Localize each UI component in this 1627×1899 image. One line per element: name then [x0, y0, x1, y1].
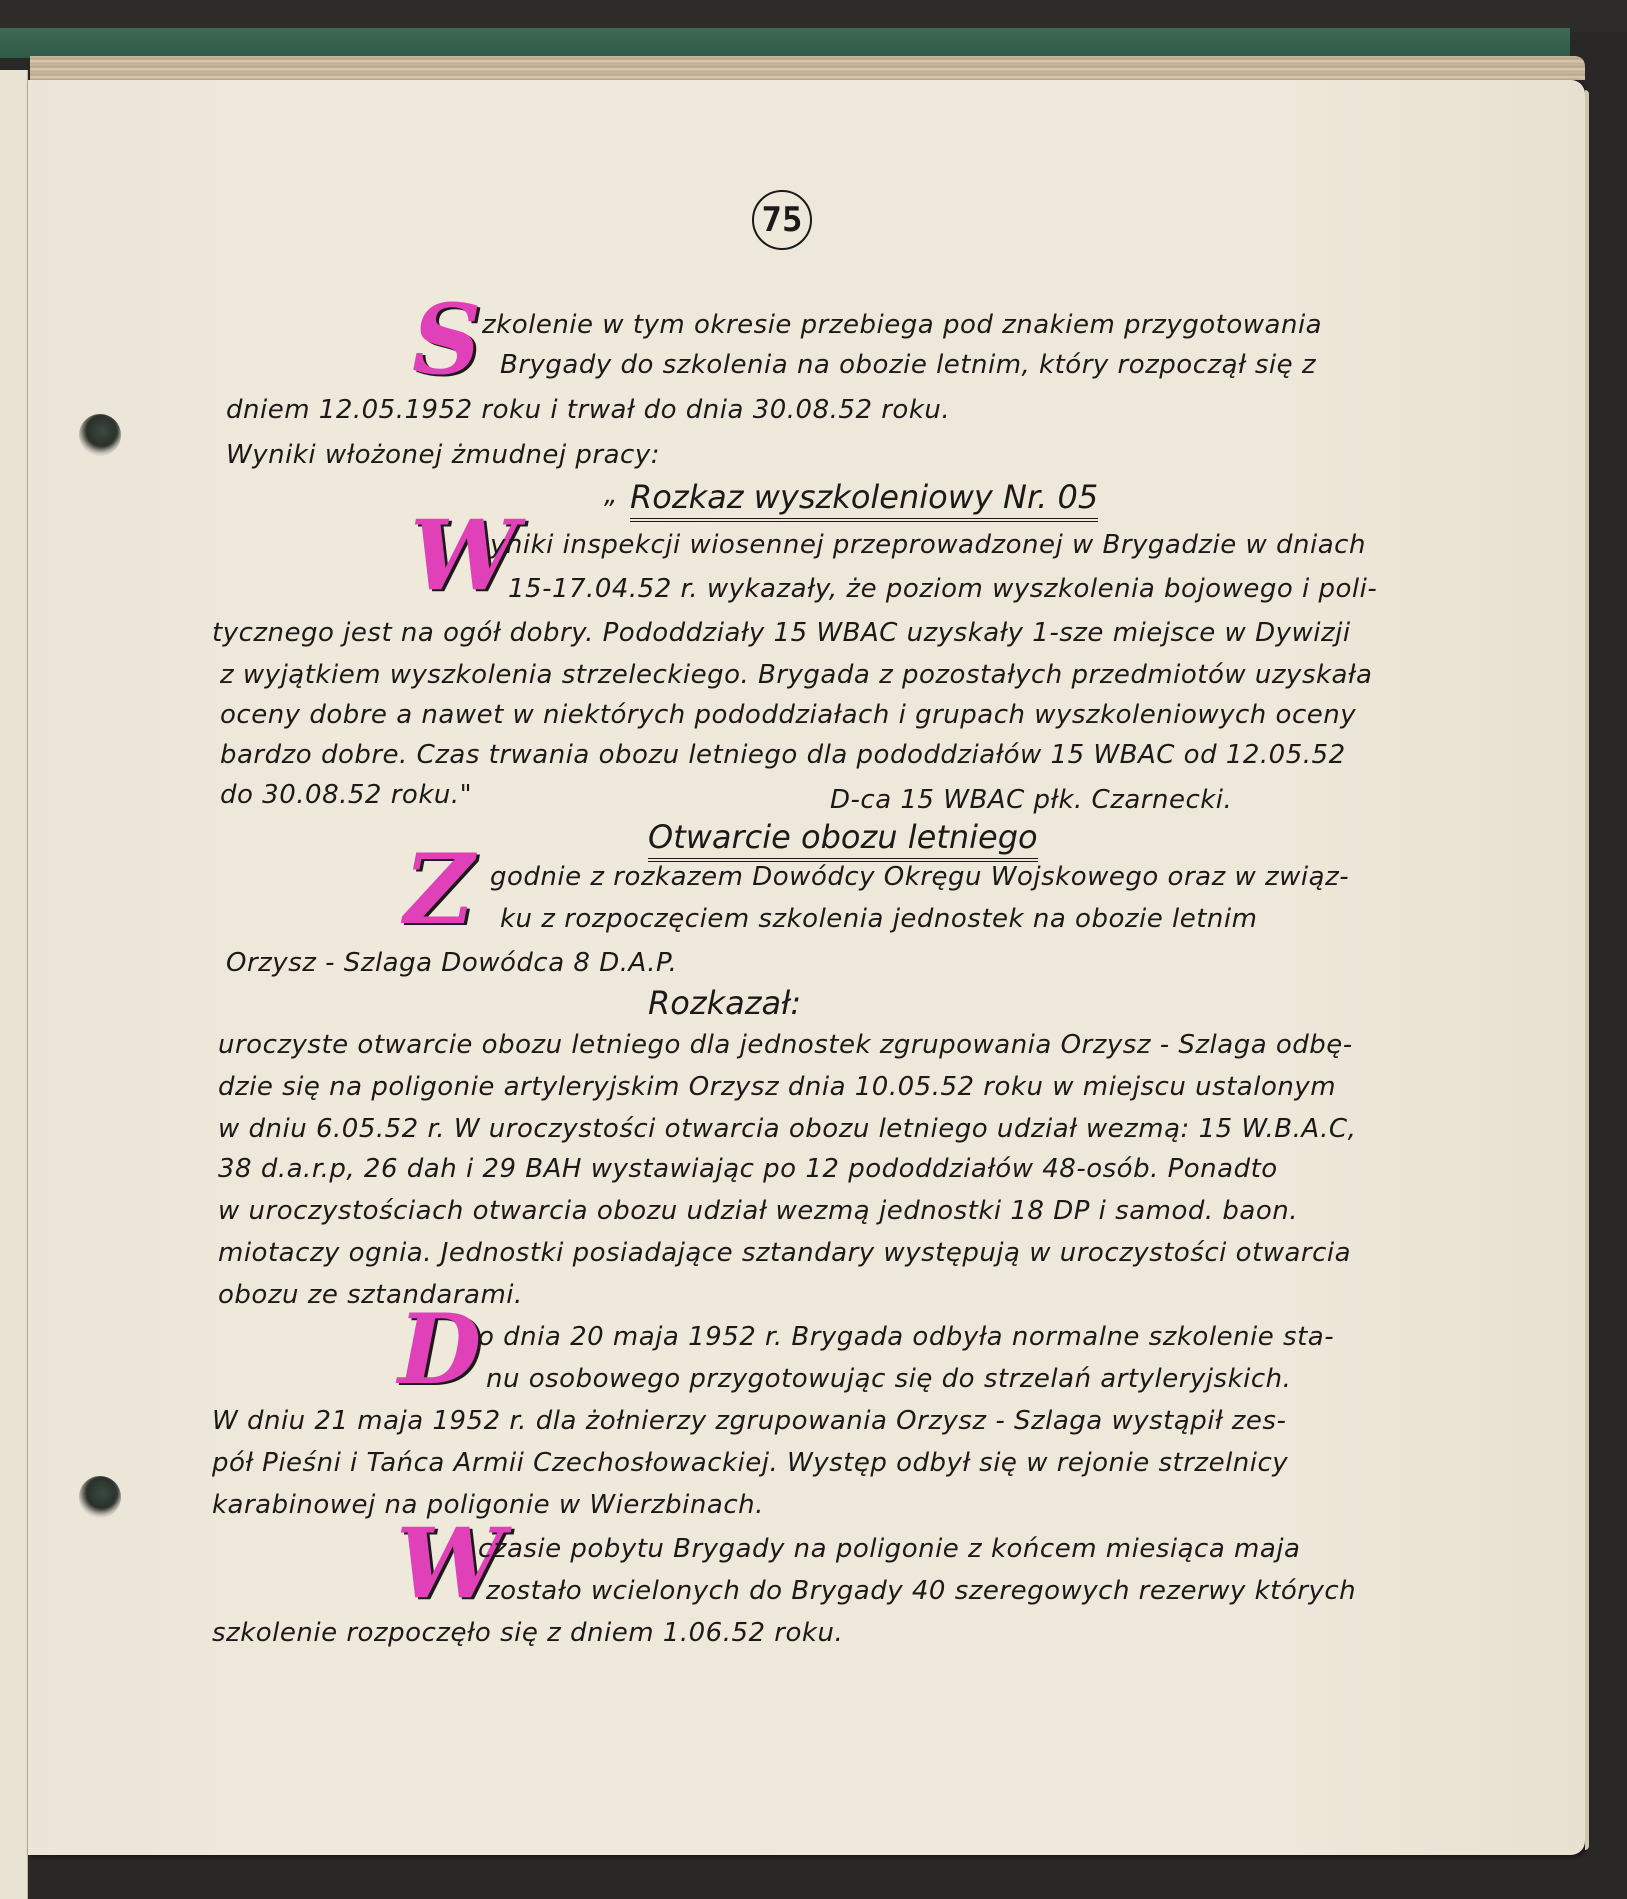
- page-stack-edge: [30, 56, 1585, 80]
- text-line: uroczyste otwarcie obozu letniego dla je…: [218, 1030, 1353, 1060]
- text-line: nu osobowego przygotowując się do strzel…: [486, 1364, 1291, 1394]
- text-line: ku z rozpoczęciem szkolenia jednostek na…: [500, 904, 1257, 934]
- text-line: oceny dobre a nawet w niektórych pododdz…: [220, 700, 1356, 730]
- text-line: tycznego jest na ogół dobry. Pododdziały…: [212, 618, 1351, 648]
- text-line: o dnia 20 maja 1952 r. Brygada odbyła no…: [478, 1322, 1334, 1352]
- decorative-initial-d: D: [398, 1302, 481, 1398]
- text-line: 15-17.04.52 r. wykazały, że poziom wyszk…: [508, 574, 1377, 604]
- section-title: Otwarcie obozu letniego: [648, 818, 1038, 862]
- page-number: 75: [752, 190, 812, 250]
- facing-page-edge: [0, 70, 28, 1899]
- decorative-initial-z: Z: [404, 842, 474, 938]
- text-line: yniki inspekcji wiosennej przeprowadzone…: [490, 530, 1366, 560]
- binder-hole-icon: [79, 1476, 121, 1518]
- text-line: Brygady do szkolenia na obozie letnim, k…: [500, 350, 1316, 380]
- text-line: miotaczy ognia. Jednostki posiadające sz…: [218, 1238, 1351, 1268]
- text-line: bardzo dobre. Czas trwania obozu letnieg…: [220, 740, 1346, 770]
- text-line: dniem 12.05.1952 roku i trwał do dnia 30…: [226, 395, 950, 425]
- book-cover-edge: [0, 28, 1570, 58]
- decorative-initial-s: S: [412, 292, 481, 388]
- page-right-edge: [1585, 90, 1589, 1850]
- text-line: zkolenie w tym okresie przebiega pod zna…: [482, 310, 1322, 340]
- text-line: w uroczystościach otwarcia obozu udział …: [218, 1196, 1298, 1226]
- text-line: godnie z rozkazem Dowódcy Okręgu Wojskow…: [490, 862, 1349, 892]
- binder-hole-icon: [79, 414, 121, 456]
- text-line: dzie się na poligonie artyleryjskim Orzy…: [218, 1072, 1336, 1102]
- order-label: Rozkazał:: [648, 984, 801, 1022]
- text-line: W dniu 21 maja 1952 r. dla żołnierzy zgr…: [212, 1406, 1286, 1436]
- signature: D-ca 15 WBAC płk. Czarnecki.: [830, 785, 1232, 815]
- text-line: szkolenie rozpoczęło się z dniem 1.06.52…: [212, 1618, 843, 1648]
- text-line: zostało wcielonych do Brygady 40 szerego…: [486, 1576, 1356, 1606]
- text-line: do 30.08.52 roku.": [220, 780, 472, 810]
- text-line: z wyjątkiem wyszkolenia strzeleckiego. B…: [220, 660, 1372, 690]
- text-line: Wyniki włożonej żmudnej pracy:: [226, 440, 660, 470]
- text-line: pół Pieśni i Tańca Armii Czechosłowackie…: [212, 1448, 1288, 1478]
- text-line: 38 d.a.r.p, 26 dah i 29 BAH wystawiając …: [218, 1154, 1278, 1184]
- quote-mark: „: [604, 480, 618, 510]
- order-title: Rozkaz wyszkoleniowy Nr. 05: [630, 478, 1098, 522]
- text-line: Orzysz - Szlaga Dowódca 8 D.A.P.: [226, 948, 677, 978]
- page-number-text: 75: [762, 200, 803, 240]
- text-line: w dniu 6.05.52 r. W uroczystości otwarci…: [218, 1114, 1356, 1144]
- text-line: czasie pobytu Brygady na poligonie z koń…: [478, 1534, 1300, 1564]
